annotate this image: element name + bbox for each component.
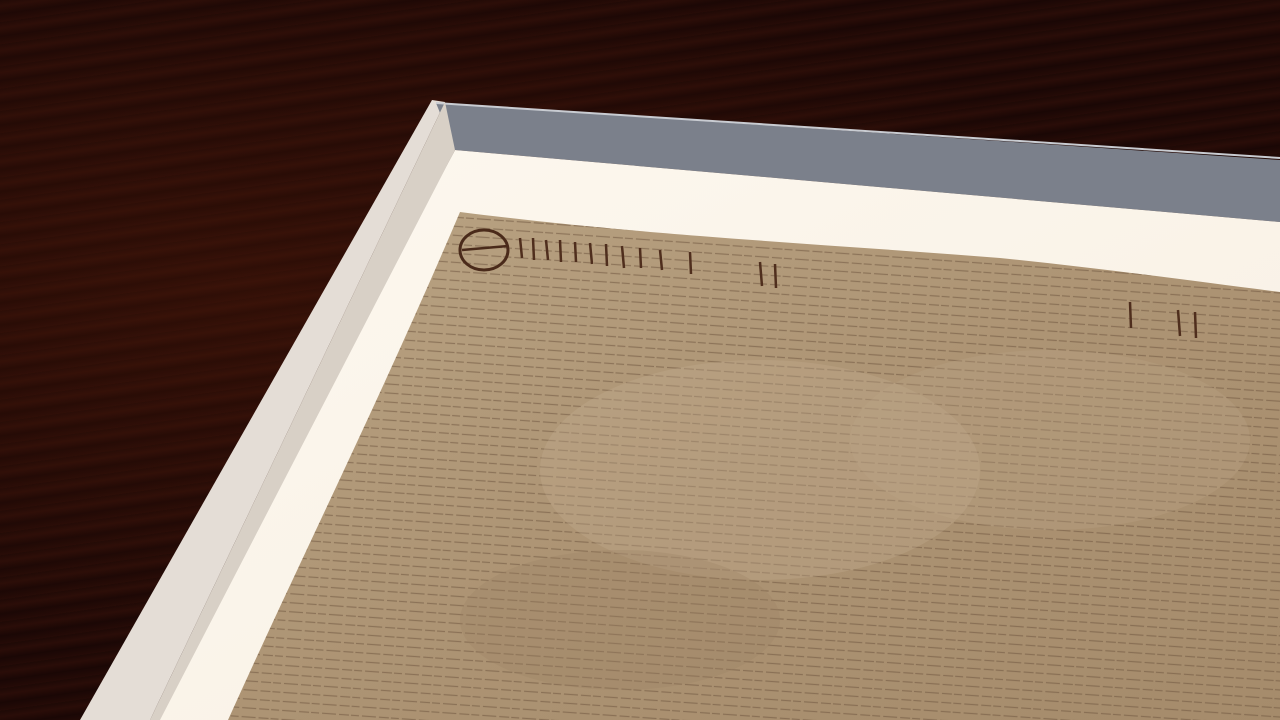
photo-scene: [0, 0, 1280, 720]
scene-drawing: [0, 0, 1280, 720]
